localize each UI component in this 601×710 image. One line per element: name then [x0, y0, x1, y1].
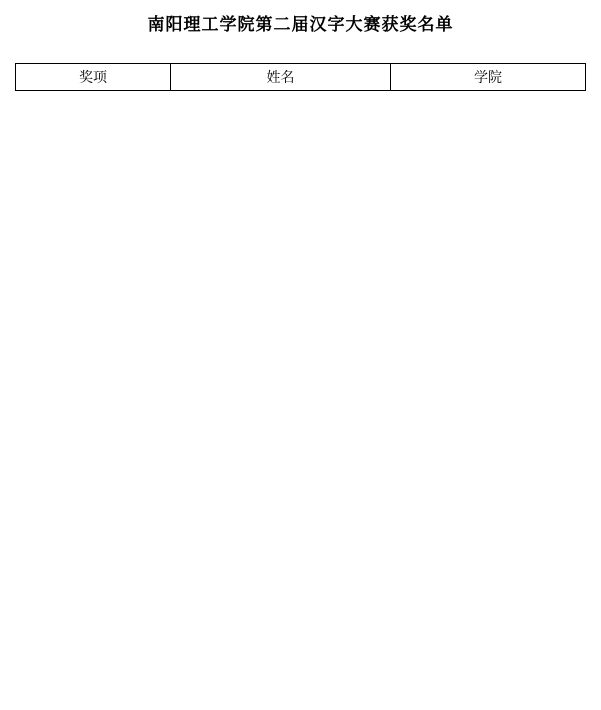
- header-college: 学院: [391, 64, 586, 91]
- table-header-row: 奖项 姓名 学院: [16, 64, 586, 91]
- header-name: 姓名: [171, 64, 391, 91]
- header-award: 奖项: [16, 64, 171, 91]
- document-page: 南阳理工学院第二届汉字大赛获奖名单 奖项 姓名 学院: [0, 0, 601, 710]
- page-title: 南阳理工学院第二届汉字大赛获奖名单: [0, 13, 601, 37]
- award-table: 奖项 姓名 学院: [15, 63, 586, 91]
